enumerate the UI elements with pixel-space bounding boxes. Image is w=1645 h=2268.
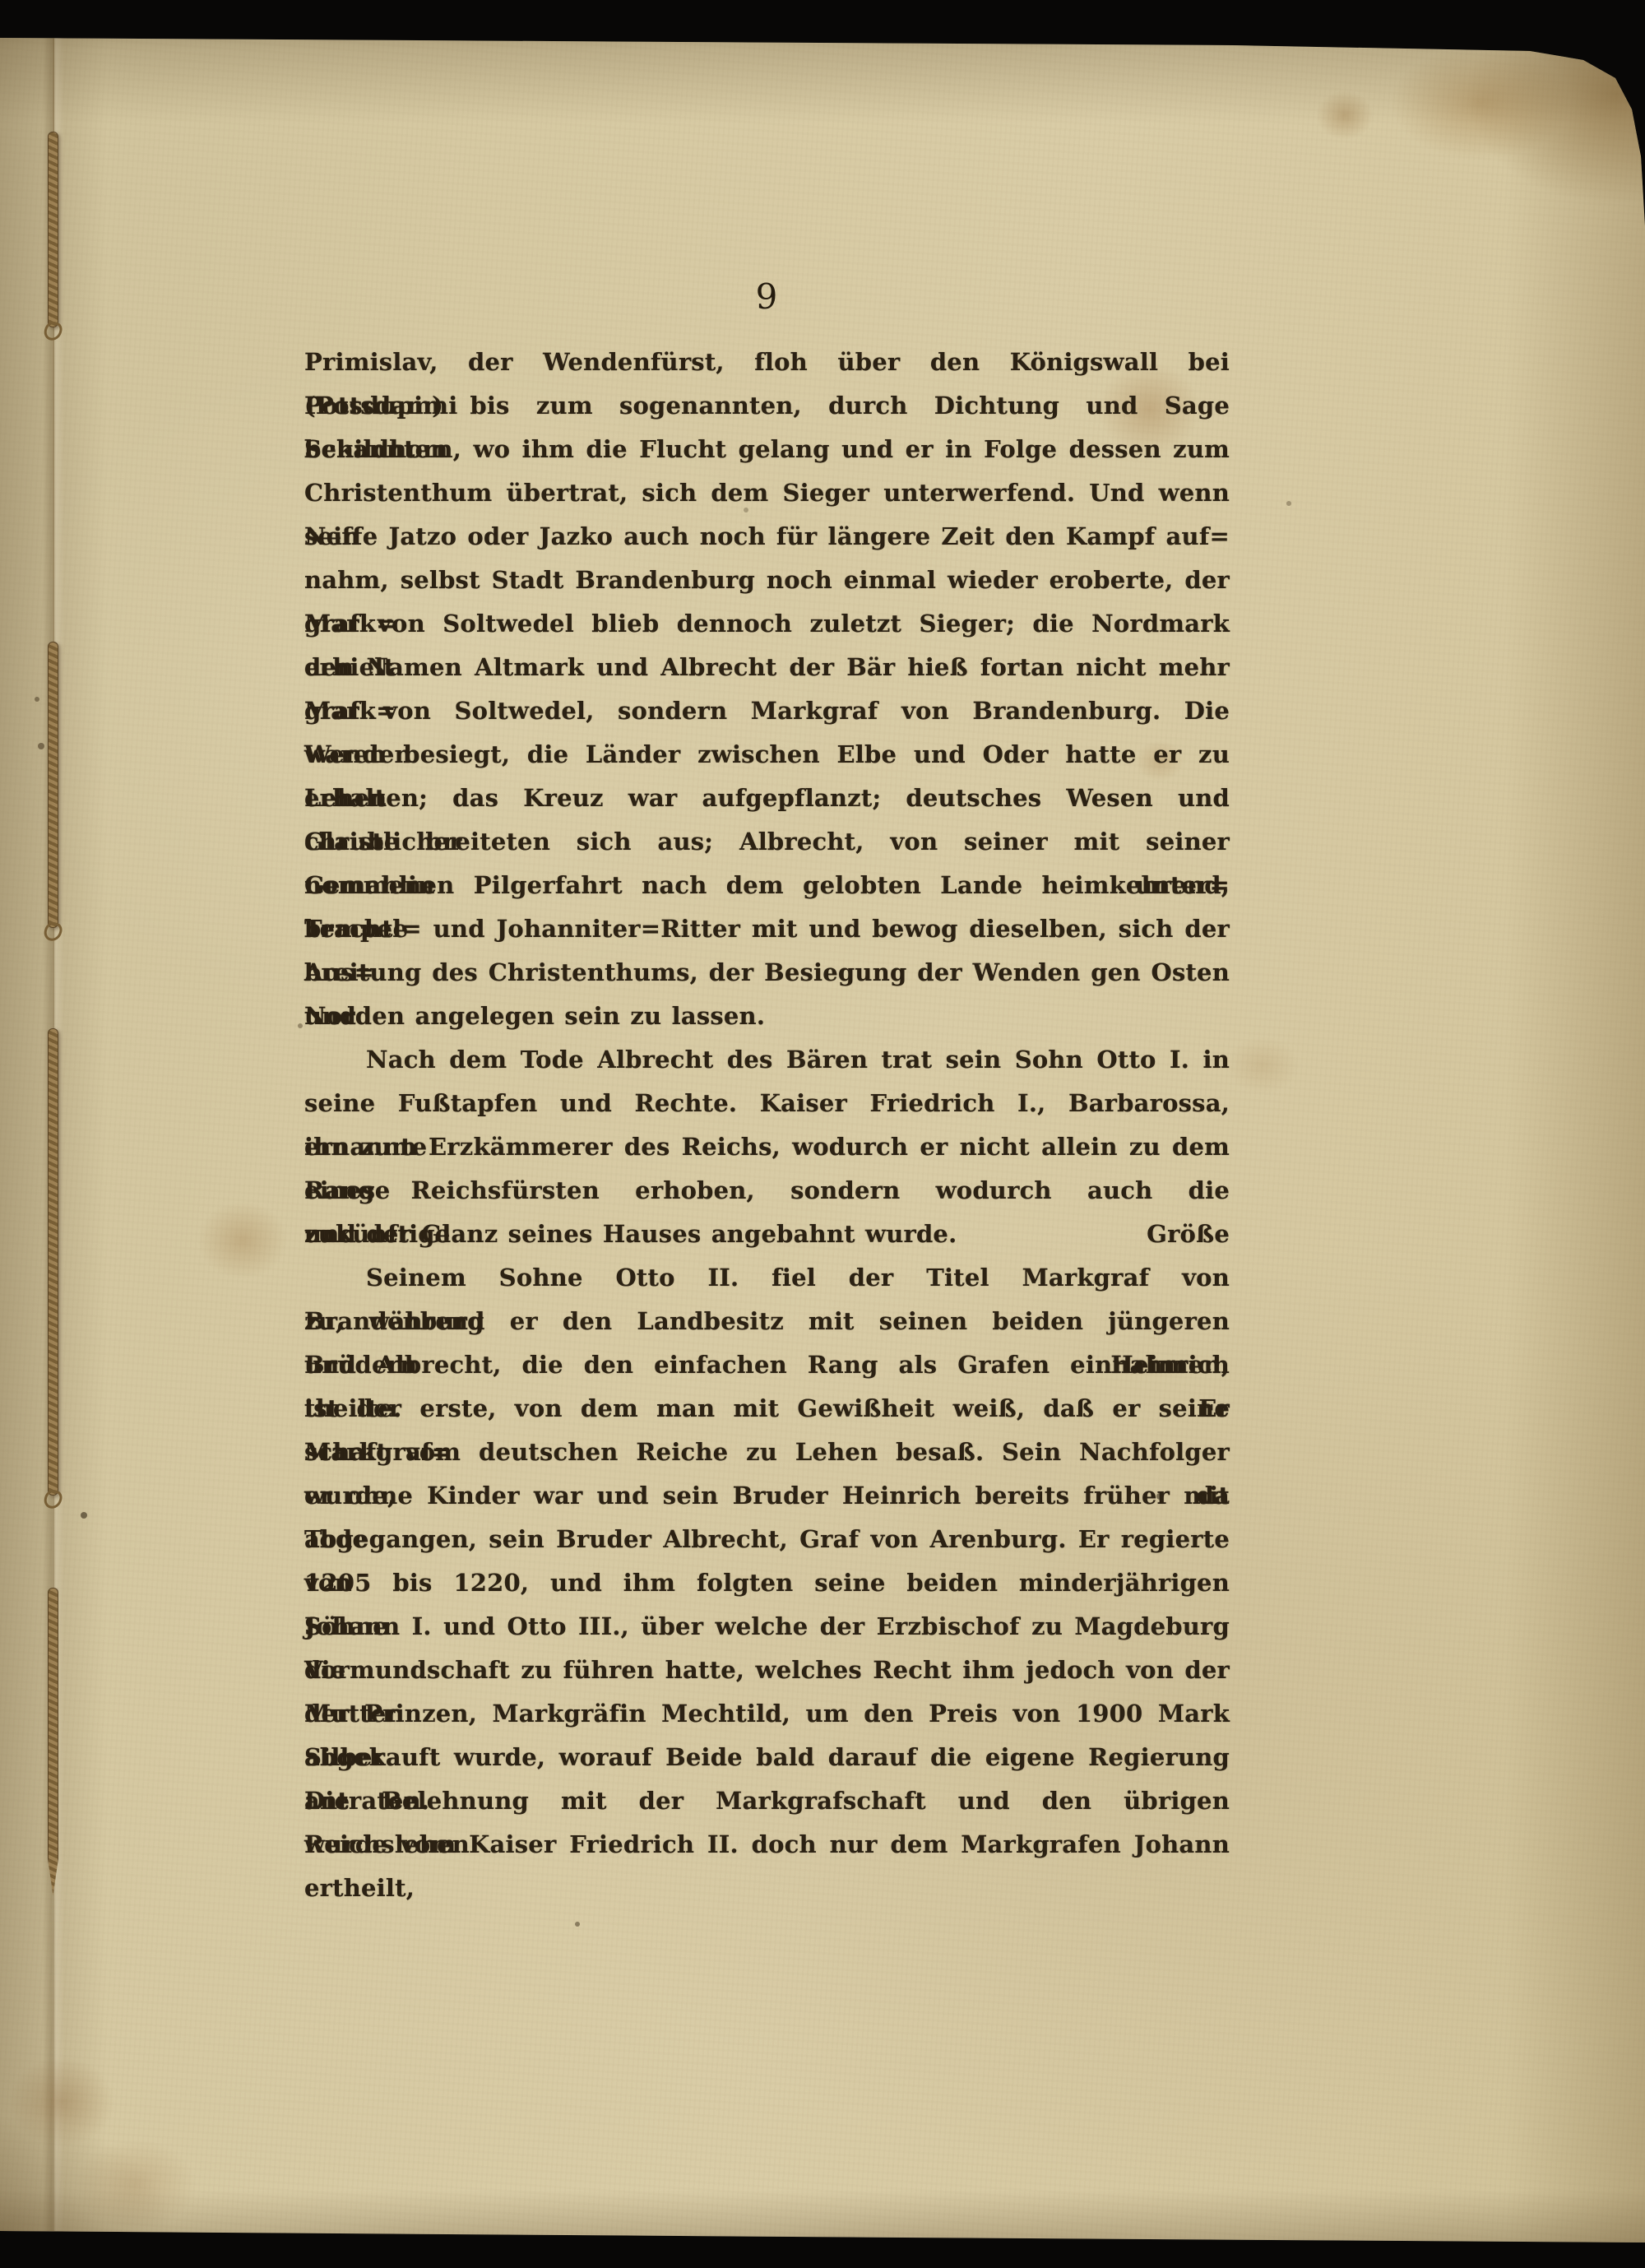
text-line: Johann I. und Otto III., über welche der… <box>304 1605 1230 1649</box>
text-line: (Potsdam) bis zum sogenannten, durch Dic… <box>304 384 1230 428</box>
page-text: Primislav, der Wendenfürst, floh über de… <box>304 341 1230 1867</box>
page-number: 9 <box>713 276 820 317</box>
binding-thread <box>48 642 58 928</box>
book-page: 9 Primislav, der Wendenfürst, floh über … <box>0 0 1645 2268</box>
text-line: Neffe Jatzo oder Jazko auch noch für län… <box>304 515 1230 559</box>
text-line: erhalten; das Kreuz war aufgepflanzt; de… <box>304 777 1230 820</box>
text-line: abgegangen, sein Bruder Albrecht, Graf v… <box>304 1518 1230 1561</box>
text-line: den Namen Altmark und Albrecht der Bär h… <box>304 646 1230 689</box>
text-line: Nach dem Tode Albrecht des Bären trat se… <box>304 1038 1230 1082</box>
text-line: nahm, selbst Stadt Brandenburg noch einm… <box>304 559 1230 602</box>
binding-thread <box>48 1588 58 1895</box>
text-line: breitung des Christenthums, der Besiegun… <box>304 951 1230 995</box>
text-line: Vormundschaft zu führen hatte, welches R… <box>304 1649 1230 1692</box>
paper-stain <box>74 2139 197 2229</box>
paper-stain <box>1390 45 1571 160</box>
text-line: graf von Soltwedel, sondern Markgraf von… <box>304 689 1230 733</box>
text-line: Die Belehnung mit der Markgrafschaft und… <box>304 1779 1230 1823</box>
text-line: schaft vom deutschen Reiche zu Lehen bes… <box>304 1431 1230 1474</box>
text-line: Tempel= und Johanniter=Ritter mit und be… <box>304 907 1230 951</box>
binding-thread <box>48 132 58 327</box>
text-line: zu, während er den Landbesitz mit seinen… <box>304 1300 1230 1343</box>
text-line: graf von Soltwedel blieb dennoch zuletzt… <box>304 602 1230 646</box>
text-line: und Albrecht, die den einfachen Rang als… <box>304 1343 1230 1387</box>
text-line: Glaube breiteten sich aus; Albrecht, von… <box>304 820 1230 864</box>
text-line: ist der erste, von dem man mit Gewißheit… <box>304 1387 1230 1431</box>
text-line: seine Fußtapfen und Rechte. Kaiser Fried… <box>304 1082 1230 1125</box>
paper-specks <box>0 0 3 3</box>
text-line: 1205 bis 1220, und ihm folgten seine bei… <box>304 1561 1230 1605</box>
text-line: Seinem Sohne Otto II. fiel der Titel Mar… <box>304 1256 1230 1300</box>
text-line: Schildhorn, wo ihm die Flucht gelang und… <box>304 428 1230 471</box>
text-line: waren besiegt, die Länder zwischen Elbe … <box>304 733 1230 777</box>
text-line: eines Reichsfürsten erhoben, sondern wod… <box>304 1169 1230 1213</box>
text-line: Primislav, der Wendenfürst, floh über de… <box>304 341 1230 384</box>
text-line: Norden angelegen sein zu lassen. <box>304 995 1230 1038</box>
text-line: Christenthum übertrat, sich dem Sieger u… <box>304 471 1230 515</box>
binding-thread <box>48 1028 58 1496</box>
text-line: er ohne Kinder war und sein Bruder Heinr… <box>304 1474 1230 1518</box>
paper-stain <box>1226 1037 1300 1094</box>
text-line: wurde vom Kaiser Friedrich II. doch nur … <box>304 1823 1230 1867</box>
text-line: ihn zum Erzkämmerer des Reichs, wodurch … <box>304 1125 1230 1169</box>
paper-stain <box>1316 90 1374 140</box>
text-line: abgekauft wurde, worauf Beide bald darau… <box>304 1736 1230 1779</box>
paper-stain <box>197 1201 288 1279</box>
text-line: nommenen Pilgerfahrt nach dem gelobten L… <box>304 864 1230 907</box>
scanner-bed: 9 Primislav, der Wendenfürst, floh über … <box>0 0 1645 2268</box>
text-line: der Prinzen, Markgräfin Mechtild, um den… <box>304 1692 1230 1736</box>
